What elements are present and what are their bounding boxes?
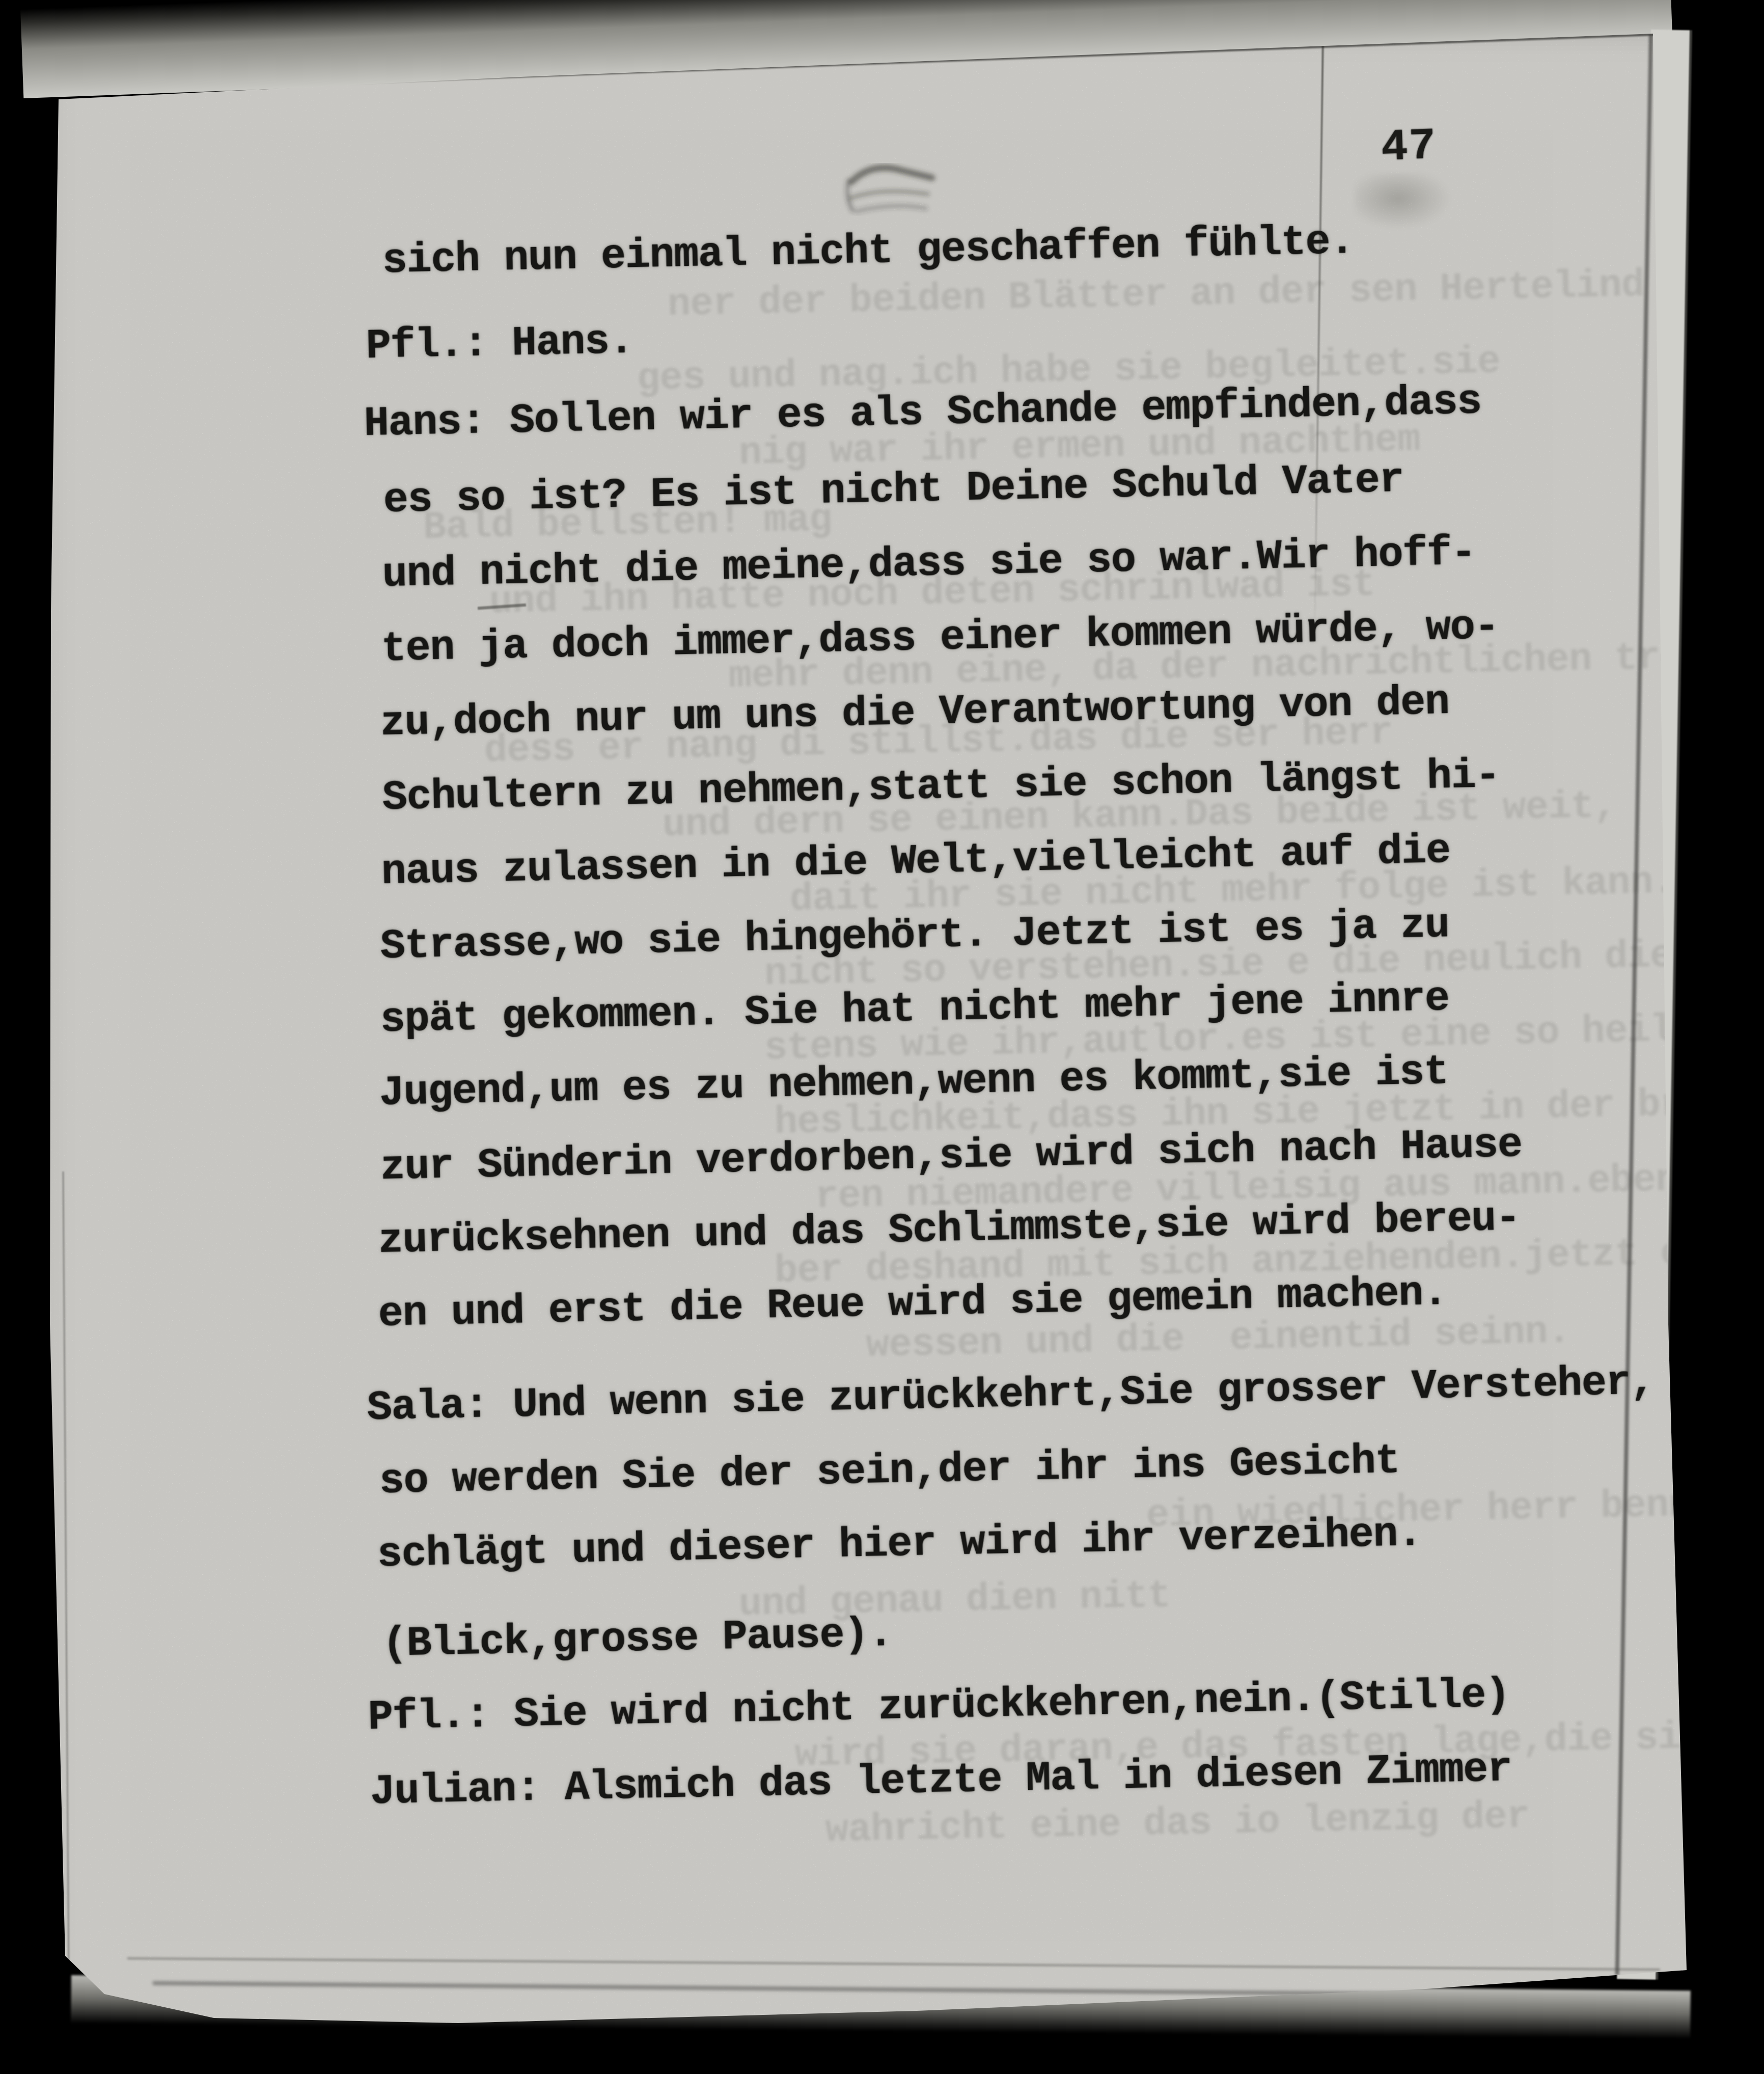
typed-line: Pfl.: Hans.: [366, 320, 633, 368]
ink-smudge: [1355, 173, 1451, 229]
page-number: 47: [1380, 124, 1438, 171]
punch-smudge: [835, 150, 968, 237]
typed-line: (Blick,grosse Pause).: [382, 1614, 893, 1666]
scanned-page: 47 ner der beiden Blätter an der sen Her…: [0, 0, 1764, 2074]
